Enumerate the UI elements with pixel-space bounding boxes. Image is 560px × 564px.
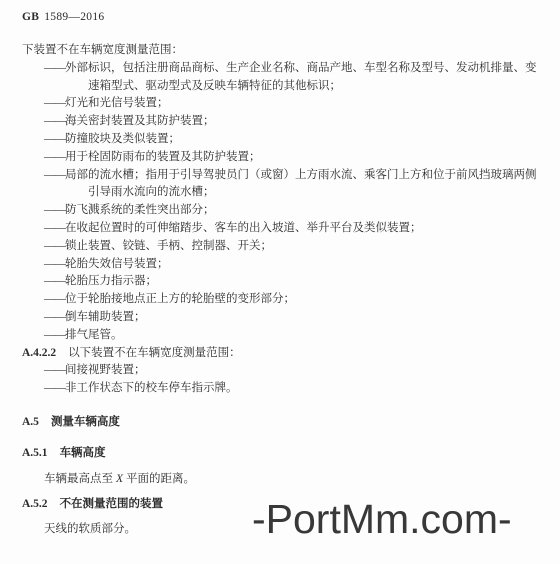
dash-marker: —— xyxy=(44,329,65,341)
section-a51-body: 车辆最高点至X平面的距离。 xyxy=(44,471,538,489)
section-a51-heading: A.5.1车辆高度 xyxy=(22,445,538,463)
list-item-text: 在收起位置时的可伸缩踏步、客车的出入坡道、举升平台及类似装置； xyxy=(65,222,422,234)
variable-x: X xyxy=(113,473,126,485)
section-number: A.5.1 xyxy=(22,447,48,459)
list-item: ——轮胎压力指示器； xyxy=(44,273,538,291)
list-item-text: 局部的流水槽；指用于引导驾驶员门（或窗）上方雨水流、乘客门上方和位于前风挡玻璃两… xyxy=(65,169,537,199)
list-item-text: 排气尾管。 xyxy=(65,329,123,341)
list-item: ——锁止装置、铰链、手柄、控制器、开关； xyxy=(44,238,538,256)
document-header: GB1589—2016 xyxy=(22,11,538,23)
list-item-text: 外部标识，包括注册商品商标、生产企业名称、商品产地、车型名称及型号、发动机排量、… xyxy=(65,62,537,92)
dash-marker: —— xyxy=(44,222,65,234)
list-item: ——在收起位置时的可伸缩踏步、客车的出入坡道、举升平台及类似装置； xyxy=(44,220,538,238)
watermark: -PortMm.com- xyxy=(252,496,512,543)
list-item-text: 锁止装置、铰链、手柄、控制器、开关； xyxy=(65,240,272,252)
section-title: 测量车辆高度 xyxy=(51,416,120,428)
section-a5-heading: A.5测量车辆高度 xyxy=(22,414,538,432)
list-item-text: 灯光和光信号装置； xyxy=(65,97,169,109)
dash-marker: —— xyxy=(44,382,65,394)
dash-marker: —— xyxy=(44,364,65,376)
dash-marker: —— xyxy=(44,258,65,270)
list-item: ——用于栓固防雨布的装置及其防护装置； xyxy=(44,149,538,167)
dash-marker: —— xyxy=(44,204,65,216)
dash-marker: —— xyxy=(44,240,65,252)
dash-marker: —— xyxy=(44,293,65,305)
list-item: ——防撞胶块及类似装置； xyxy=(44,131,538,149)
dash-marker: —— xyxy=(44,311,65,323)
list-item: ——灯光和光信号装置； xyxy=(44,95,538,113)
document-body: 下装置不在车辆宽度测量范围： ——外部标识，包括注册商品商标、生产企业名称、商品… xyxy=(0,23,560,539)
list-item: ——局部的流水槽；指用于引导驾驶员门（或窗）上方雨水流、乘客门上方和位于前风挡玻… xyxy=(44,167,538,203)
dash-marker: —— xyxy=(44,133,65,145)
intro-line: 下装置不在车辆宽度测量范围： xyxy=(22,42,538,60)
section-title: 车辆高度 xyxy=(60,447,106,459)
body-text: 车辆最高点至 xyxy=(44,473,113,485)
section-text: 以下装置不在车辆宽度测量范围： xyxy=(68,347,241,359)
list-item-text: 位于轮胎接地点正上方的轮胎壁的变形部分； xyxy=(65,293,295,305)
dash-marker: —— xyxy=(44,62,65,74)
list-item: ——防飞溅系统的柔性突出部分； xyxy=(44,202,538,220)
list-item-text: 间接视野装置； xyxy=(65,364,146,376)
list-item: ——位于轮胎接地点正上方的轮胎壁的变形部分； xyxy=(44,291,538,309)
list-item-text: 轮胎失效信号装置； xyxy=(65,258,169,270)
list-item: ——轮胎失效信号装置； xyxy=(44,256,538,274)
section-title: 不在测量范围的装置 xyxy=(60,498,164,510)
dash-marker: —— xyxy=(44,169,65,181)
section-a422-heading: A.4.2.2以下装置不在车辆宽度测量范围： xyxy=(22,345,538,363)
body-text: 平面的距离。 xyxy=(126,473,195,485)
section-number: A.4.2.2 xyxy=(22,347,56,359)
list-item-text: 防撞胶块及类似装置； xyxy=(65,133,180,145)
list-item-text: 倒车辅助装置； xyxy=(65,311,146,323)
section-number: A.5 xyxy=(22,416,39,428)
document-page: GB1589—2016 下装置不在车辆宽度测量范围： ——外部标识，包括注册商品… xyxy=(0,0,560,564)
dash-marker: —— xyxy=(44,115,65,127)
list-item-text: 轮胎压力指示器； xyxy=(65,275,157,287)
list-item-text: 非工作状态下的校车停车指示牌。 xyxy=(65,382,238,394)
list-item-text: 海关密封装置及其防护装置； xyxy=(65,115,215,127)
dash-marker: —— xyxy=(44,151,65,163)
list-item: ——外部标识，包括注册商品商标、生产企业名称、商品产地、车型名称及型号、发动机排… xyxy=(44,60,538,96)
dash-marker: —— xyxy=(44,275,65,287)
list-item-text: 防飞溅系统的柔性突出部分； xyxy=(65,204,215,216)
standard-code: GB xyxy=(22,11,39,23)
standard-number: 1589—2016 xyxy=(44,11,104,23)
dash-marker: —— xyxy=(44,97,65,109)
list-item: ——海关密封装置及其防护装置； xyxy=(44,113,538,131)
list-item: ——非工作状态下的校车停车指示牌。 xyxy=(44,380,538,398)
list-item: ——间接视野装置； xyxy=(44,362,538,380)
section-number: A.5.2 xyxy=(22,498,48,510)
list-item-text: 用于栓固防雨布的装置及其防护装置； xyxy=(65,151,261,163)
list-item: ——倒车辅助装置； xyxy=(44,309,538,327)
list-item: ——排气尾管。 xyxy=(44,327,538,345)
